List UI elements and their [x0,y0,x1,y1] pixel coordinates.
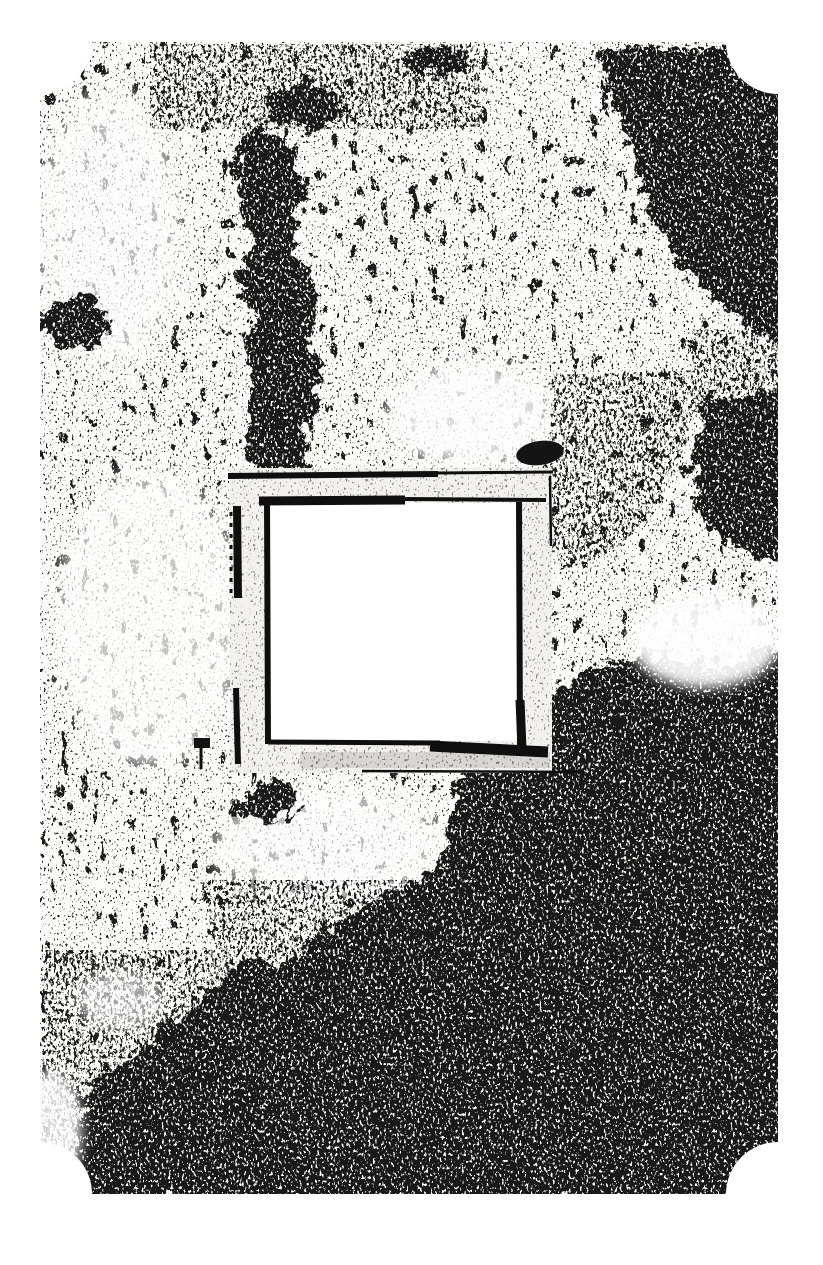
window-opening [268,503,518,741]
halftone-photo [0,0,823,1265]
page [0,0,823,1265]
photo-area [0,0,823,1246]
frame-bottom-shadow [300,752,550,768]
window-frame [194,438,584,773]
smudge-left-of-frame [194,738,210,748]
